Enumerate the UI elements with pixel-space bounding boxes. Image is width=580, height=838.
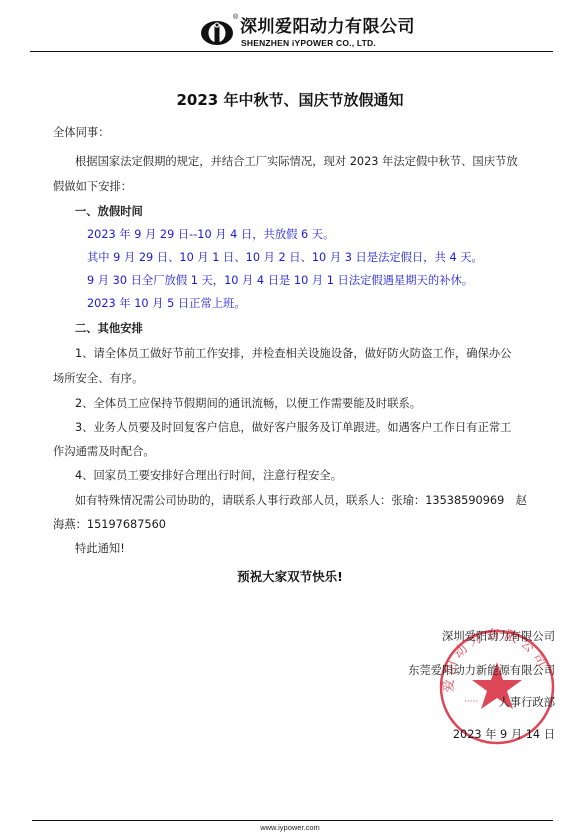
compensatory-rest-line: 9 月 30 日全厂放假 1 天，10 月 4 日是 10 月 1 日法定假遇星… — [87, 274, 473, 288]
arrangement-3-line-1: 3、业务人员要及时回复客户信息，做好客户服务及订单跟进。如遇客户工作日有正常工 — [75, 421, 511, 435]
holiday-period-line: 2023 年 9 月 29 日--10 月 4 日，共放假 6 天。 — [87, 228, 334, 242]
salutation: 全体同事： — [53, 126, 110, 140]
intro-line-2: 假做如下安排： — [53, 180, 132, 194]
signature-company-1: 深圳爱阳动力有限公司 — [442, 630, 555, 644]
arrangement-3-line-2: 作沟通需及时配合。 — [53, 445, 155, 459]
company-name-en: SHENZHEN iYPOWER CO., LTD. — [241, 38, 376, 48]
arrangement-1-line-2: 场所安全、有序。 — [53, 372, 143, 386]
svg-text:·····: ····· — [464, 697, 478, 707]
contact-line-1: 如有特殊情况需公司协助的，请联系人事行政部人员，联系人：张瑜：135385909… — [75, 494, 527, 508]
company-name-cn: 深圳爱阳动力有限公司 — [240, 17, 415, 37]
signature-department: 人事行政部 — [499, 696, 556, 710]
header-divider — [30, 51, 553, 52]
signature-date: 2023 年 9 月 14 日 — [453, 728, 555, 742]
closing-note: 特此通知! — [75, 542, 125, 556]
arrangement-1-line-1: 1、请全体员工做好节前工作安排，并检查相关设施设备，做好防火防盗工作，确保办公 — [75, 347, 511, 361]
registered-trademark-mark: ® — [233, 14, 238, 21]
document-title: 2023 年中秋节、国庆节放假通知 — [0, 89, 580, 111]
section-2-heading: 二、其他安排 — [75, 322, 143, 336]
intro-line-1: 根据国家法定假期的规定，并结合工厂实际情况，现对 2023 年法定假中秋节、国庆… — [75, 155, 518, 169]
iypower-logo-icon — [200, 20, 234, 46]
signature-company-2: 东莞爱阳动力新能源有限公司 — [408, 664, 555, 678]
section-1-heading: 一、放假时间 — [75, 205, 143, 219]
resume-work-line: 2023 年 10 月 5 日正常上班。 — [87, 297, 246, 311]
statutory-holidays-line: 其中 9 月 29 日、10 月 1 日、10 月 2 日、10 月 3 日是法… — [87, 251, 483, 265]
footer-divider — [32, 820, 553, 821]
footer-website-link[interactable]: www.iypower.com — [0, 823, 580, 832]
arrangement-4: 4、回家员工要安排好合理出行时间，注意行程安全。 — [75, 469, 342, 483]
contact-line-2: 海燕：15197687560 — [53, 518, 166, 532]
arrangement-2: 2、全体员工应保持节假期间的通讯流畅，以便工作需要能及时联系。 — [75, 397, 421, 411]
holiday-greeting: 预祝大家双节快乐! — [0, 567, 580, 585]
